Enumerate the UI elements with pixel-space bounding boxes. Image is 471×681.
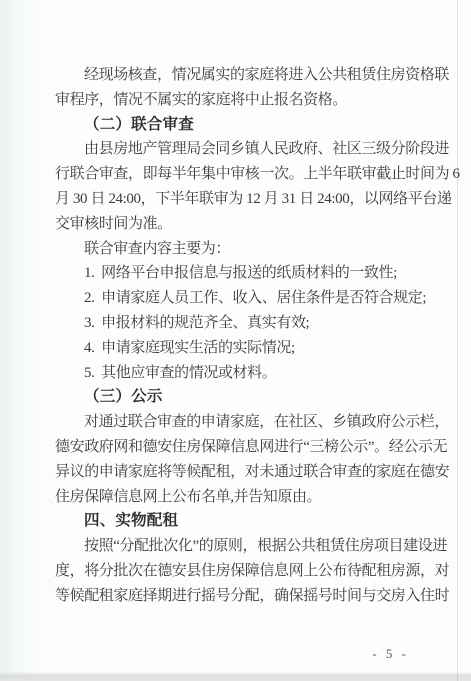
text-line: 等候配租家庭择期进行摇号分配，确保摇号时间与交房入住时	[55, 584, 455, 609]
document-body: 经现场核查，情况属实的家庭将进入公共租赁住房资格联审程序，情况不属实的家庭将中止…	[55, 63, 455, 609]
page-number: - 5 -	[372, 646, 409, 662]
scan-edge-line	[457, 0, 458, 681]
section-heading: 四、实物配租	[55, 509, 455, 534]
text-line: 行联合审查，即每半年集中审核一次。上半年联审截止时间为 6	[55, 162, 455, 187]
text-line: 度，将分批次在德安县住房保障信息网上公布待配租房源，对	[55, 559, 455, 584]
text-line: 由县房地产管理局会同乡镇人民政府、社区三级分阶段进	[55, 137, 455, 162]
text-line: 2. 申请家庭人员工作、收入、居住条件是否符合规定;	[55, 286, 455, 311]
section-heading: （二）联合审查	[55, 113, 455, 138]
text-line: 1. 网络平台申报信息与报送的纸质材料的一致性;	[55, 261, 455, 286]
text-line: 3. 申报材料的规范齐全、真实有效;	[55, 311, 455, 336]
text-line: 4. 申请家庭现实生活的实际情况;	[55, 336, 455, 361]
text-line: 5. 其他应审查的情况或材料。	[55, 361, 455, 386]
section-heading: （三）公示	[55, 385, 455, 410]
scanned-page: 经现场核查，情况属实的家庭将进入公共租赁住房资格联审程序，情况不属实的家庭将中止…	[0, 0, 471, 681]
text-line: 按照“分配批次化”的原则，根据公共租赁住房项目建设进	[55, 534, 455, 559]
text-line: 对通过联合审查的申请家庭，在社区、乡镇政府公示栏，	[55, 410, 455, 435]
text-line: 德安政府网和德安住房保障信息网进行“三榜公示”。经公示无	[55, 435, 455, 460]
text-line: 住房保障信息网上公布名单,并告知原由。	[55, 485, 455, 510]
text-line: 异议的申请家庭将等候配租，对未通过联合审查的家庭在德安	[55, 460, 455, 485]
text-line: 交审核时间为准。	[55, 212, 455, 237]
text-line: 月 30 日 24:00，下半年联审为 12 月 31 日 24:00，以网络平…	[55, 187, 455, 212]
text-line: 审程序，情况不属实的家庭将中止报名资格。	[55, 88, 455, 113]
text-line: 联合审查内容主要为：	[55, 237, 455, 262]
text-line: 经现场核查，情况属实的家庭将进入公共租赁住房资格联	[55, 63, 455, 88]
